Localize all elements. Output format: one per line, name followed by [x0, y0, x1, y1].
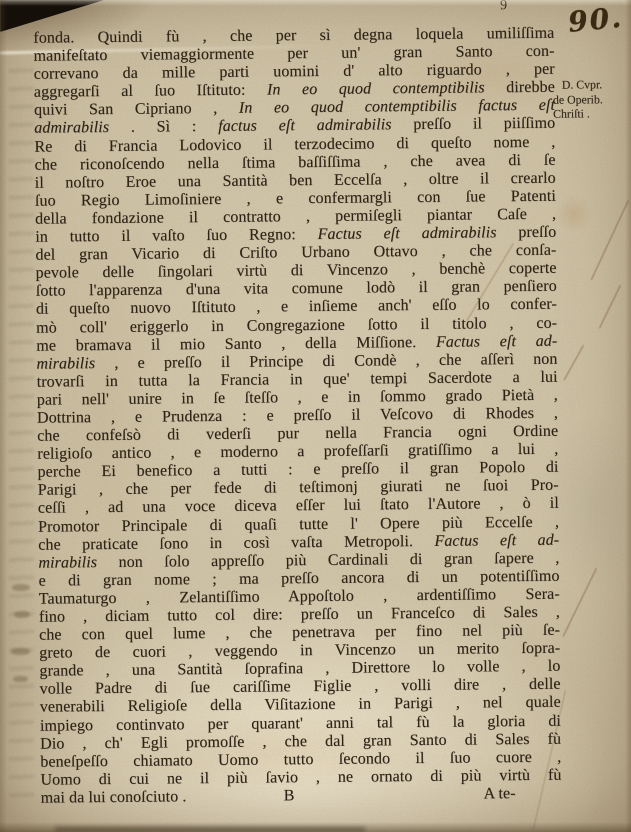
catchword: A te-: [484, 785, 516, 803]
margin-note-line: D. Cvpr.: [553, 77, 629, 92]
body-text-block: fonda. Quindi fù , che per sì degna loqu…: [33, 25, 561, 808]
printed-signature-number: 9: [500, 0, 507, 14]
handwritten-folio-number: 90.: [567, 1, 625, 39]
margin-note-line: de Operib.: [553, 92, 629, 107]
printed-content-frame: 9 90. D. Cvpr. de Operib. Chriſti . fond…: [0, 0, 631, 832]
margin-note-citation: D. Cvpr. de Operib. Chriſti .: [553, 77, 629, 122]
last-text-line: mai da lui conoſciuto . B A te-: [41, 785, 562, 808]
signature-mark: B: [284, 787, 295, 805]
body-text-lines: fonda. Quindi fù , che per sì degna loqu…: [33, 25, 561, 790]
margin-note-line: Chriſti .: [553, 106, 629, 121]
last-line-text: mai da lui conoſciuto .: [41, 788, 187, 806]
book-page-scan: 9 90. D. Cvpr. de Operib. Chriſti . fond…: [0, 0, 631, 832]
